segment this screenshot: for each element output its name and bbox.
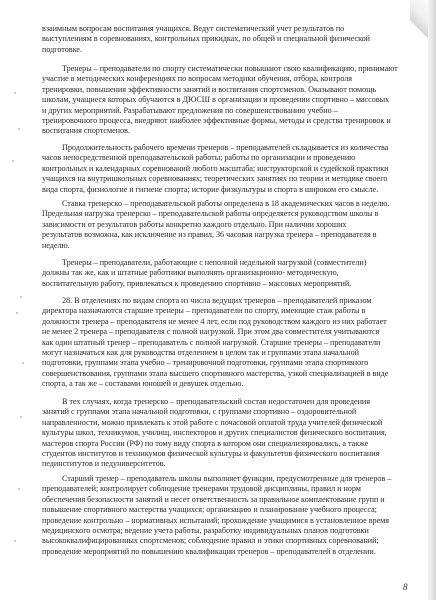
text-line: обеспечения безопасности занятий и несет… [42,495,412,505]
text-line: результатов возможна, как исключение из … [42,230,412,240]
page-edge-shadow [428,0,436,600]
paragraph-section-28: 28. В отделениях по видам спорта из числ… [42,296,412,390]
page-number: 8 [403,582,408,592]
text-line: пединститутов и педуниверситетов. [42,459,412,469]
text-line: контрольных и календарных соревнований л… [42,164,412,174]
paragraph-hourly-staff: В тех случаях, когда тренерско – препода… [42,397,412,470]
paragraph-workload-rate: Ставка тренерско – преподавательской раб… [42,199,412,251]
text-line: Предельная нагрузка тренерско – преподав… [42,209,412,219]
text-line: преподавателей; контролирует соблюдение … [42,484,412,494]
text-line: воспитания спортсменов. [42,126,412,136]
paragraph-working-time: Продолжительность рабочего времени трене… [42,143,412,195]
text-line: проведение мероприятий по повышению квал… [42,547,412,557]
text-line: занятий с группами этапа начальной подго… [42,407,412,417]
text-line: тренировочного процесса, внедряют наибол… [42,116,412,126]
text-line: директора назначаются старшие тренеры – … [42,306,412,316]
text-line: Тренеры – преподаватели, работающие с не… [42,258,412,268]
text-line: воспитательную работу, привлекаться к пр… [42,279,412,289]
text-line: Старший тренер – преподаватель школы вып… [42,474,412,484]
text-line: могут назначаться как для руководства от… [42,348,412,358]
text-line: В тех случаях, когда тренерско – препода… [42,397,412,407]
text-line: проведение контрольно – нормативных испы… [42,516,412,526]
text-line: мастеров спорта России (РФ) по тому виду… [42,439,412,449]
text-line: взаимным вопросам воспитания учащихся. В… [42,24,412,34]
paragraph-continuation: взаимным вопросам воспитания учащихся. В… [42,24,412,55]
text-line: направленности, можно привлекать к этой … [42,418,412,428]
text-line: и других мероприятий. Разрабатывают пред… [42,106,412,116]
paragraph-part-time-trainers: Тренеры – преподаватели, работающие с не… [42,258,412,289]
text-line: подготовке. [42,45,412,55]
text-line: тренировки, повышения эффективности заня… [42,85,412,95]
text-line: должны так же, как и штатные работники в… [42,268,412,278]
text-line: как один штатный тренер – преподаватель … [42,338,412,348]
paragraph-trainer-qualification: Тренеры – преподаватели по спорту систем… [42,64,412,137]
text-line: повышение спортивного мастерства учащихс… [42,505,412,515]
text-line: участие в методических конференциях по в… [42,74,412,84]
text-line: вида спорта, физиологие и гигиене спорта… [42,185,412,195]
text-line: спорта, а так же – составами юношей и де… [42,379,412,389]
text-line: неделю. [42,241,412,251]
text-line: высококвалифицированных спортсменов; соб… [42,536,412,546]
text-line: Продолжительность рабочего времени трене… [42,143,412,153]
text-line: 28. В отделениях по видам спорта из числ… [42,296,412,306]
text-line: Ставка тренерско – преподавательской раб… [42,199,412,209]
text-line: часов непосредственной преподавательской… [42,153,412,163]
text-line: выступлениям в соревнованиях, контрольны… [42,34,412,44]
scanned-page: взаимным вопросам воспитания учащихся. В… [0,0,436,600]
text-line: должности тренера – преподавателя не мен… [42,317,412,327]
text-line: подготовки, группами этапа учебно – трен… [42,358,412,368]
text-line: медицинского осмотра; ведение учета рабо… [42,526,412,536]
text-line: школам, учащиеся которых обучаются в ДЮС… [42,95,412,105]
paragraph-senior-trainer-duties: Старший тренер – преподаватель школы вып… [42,474,412,557]
text-line: студентов институтов и техникумов физиче… [42,449,412,459]
text-line: зависимости от результатов работы конкре… [42,220,412,230]
text-line: совершенствования, группами этапа высшег… [42,369,412,379]
text-line: Тренеры – преподаватели по спорту систем… [42,64,412,74]
text-line: не менее 2 тренера – преподавателя с пол… [42,327,412,337]
text-line: учащихся на внутришкольных соревнованиях… [42,174,412,184]
text-line: культуры школ, техникумов, училищ, инспе… [42,428,412,438]
